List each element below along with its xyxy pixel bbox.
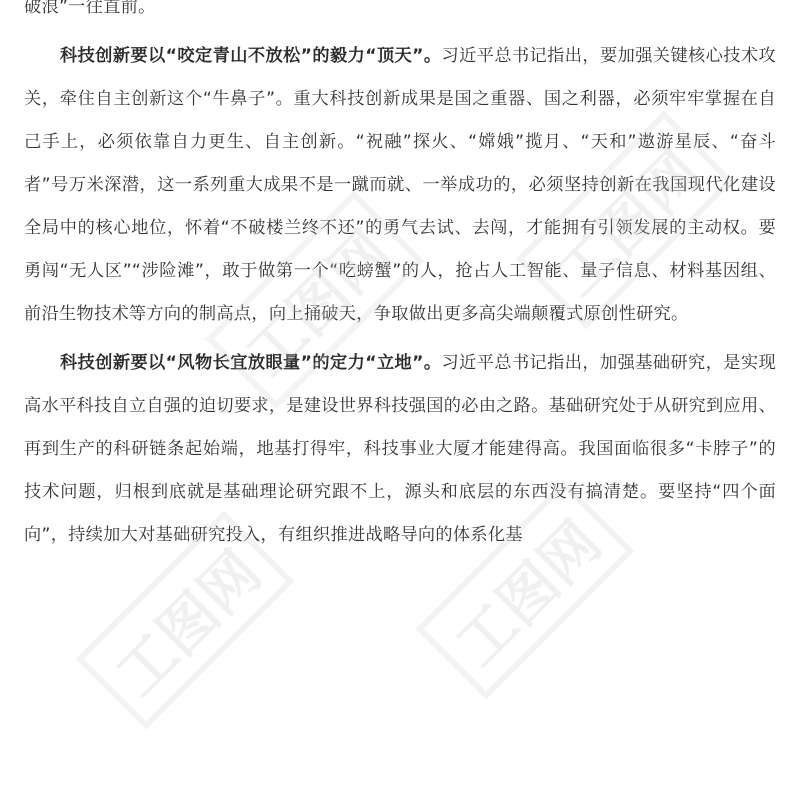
- paragraph-lidi: 科技创新要以“风物长宜放眼量”的定力“立地”。习近平总书记指出，加强基础研究，是…: [24, 342, 776, 557]
- paragraph-text: 习近平总书记指出，要加强关键核心技术攻关，牵住自主创新这个“牛鼻子”。重大科技创…: [24, 46, 776, 324]
- paragraph-lead: 科技创新要以“风物长宜放眼量”的定力“立地”。: [60, 353, 442, 373]
- paragraph-text: 破浪”一往直前。: [24, 0, 156, 17]
- paragraph-text: 习近平总书记指出，加强基础研究，是实现高水平科技自立自强的迫切要求，是建设世界科…: [24, 353, 776, 545]
- article-body: 破浪”一往直前。 科技创新要以“咬定青山不放松”的毅力“顶天”。习近平总书记指出…: [24, 0, 776, 563]
- paragraph-intro-tail: 破浪”一往直前。: [24, 0, 776, 29]
- paragraph-lead: 科技创新要以“咬定青山不放松”的毅力“顶天”。: [60, 46, 442, 66]
- paragraph-dingtian: 科技创新要以“咬定青山不放松”的毅力“顶天”。习近平总书记指出，要加强关键核心技…: [24, 35, 776, 336]
